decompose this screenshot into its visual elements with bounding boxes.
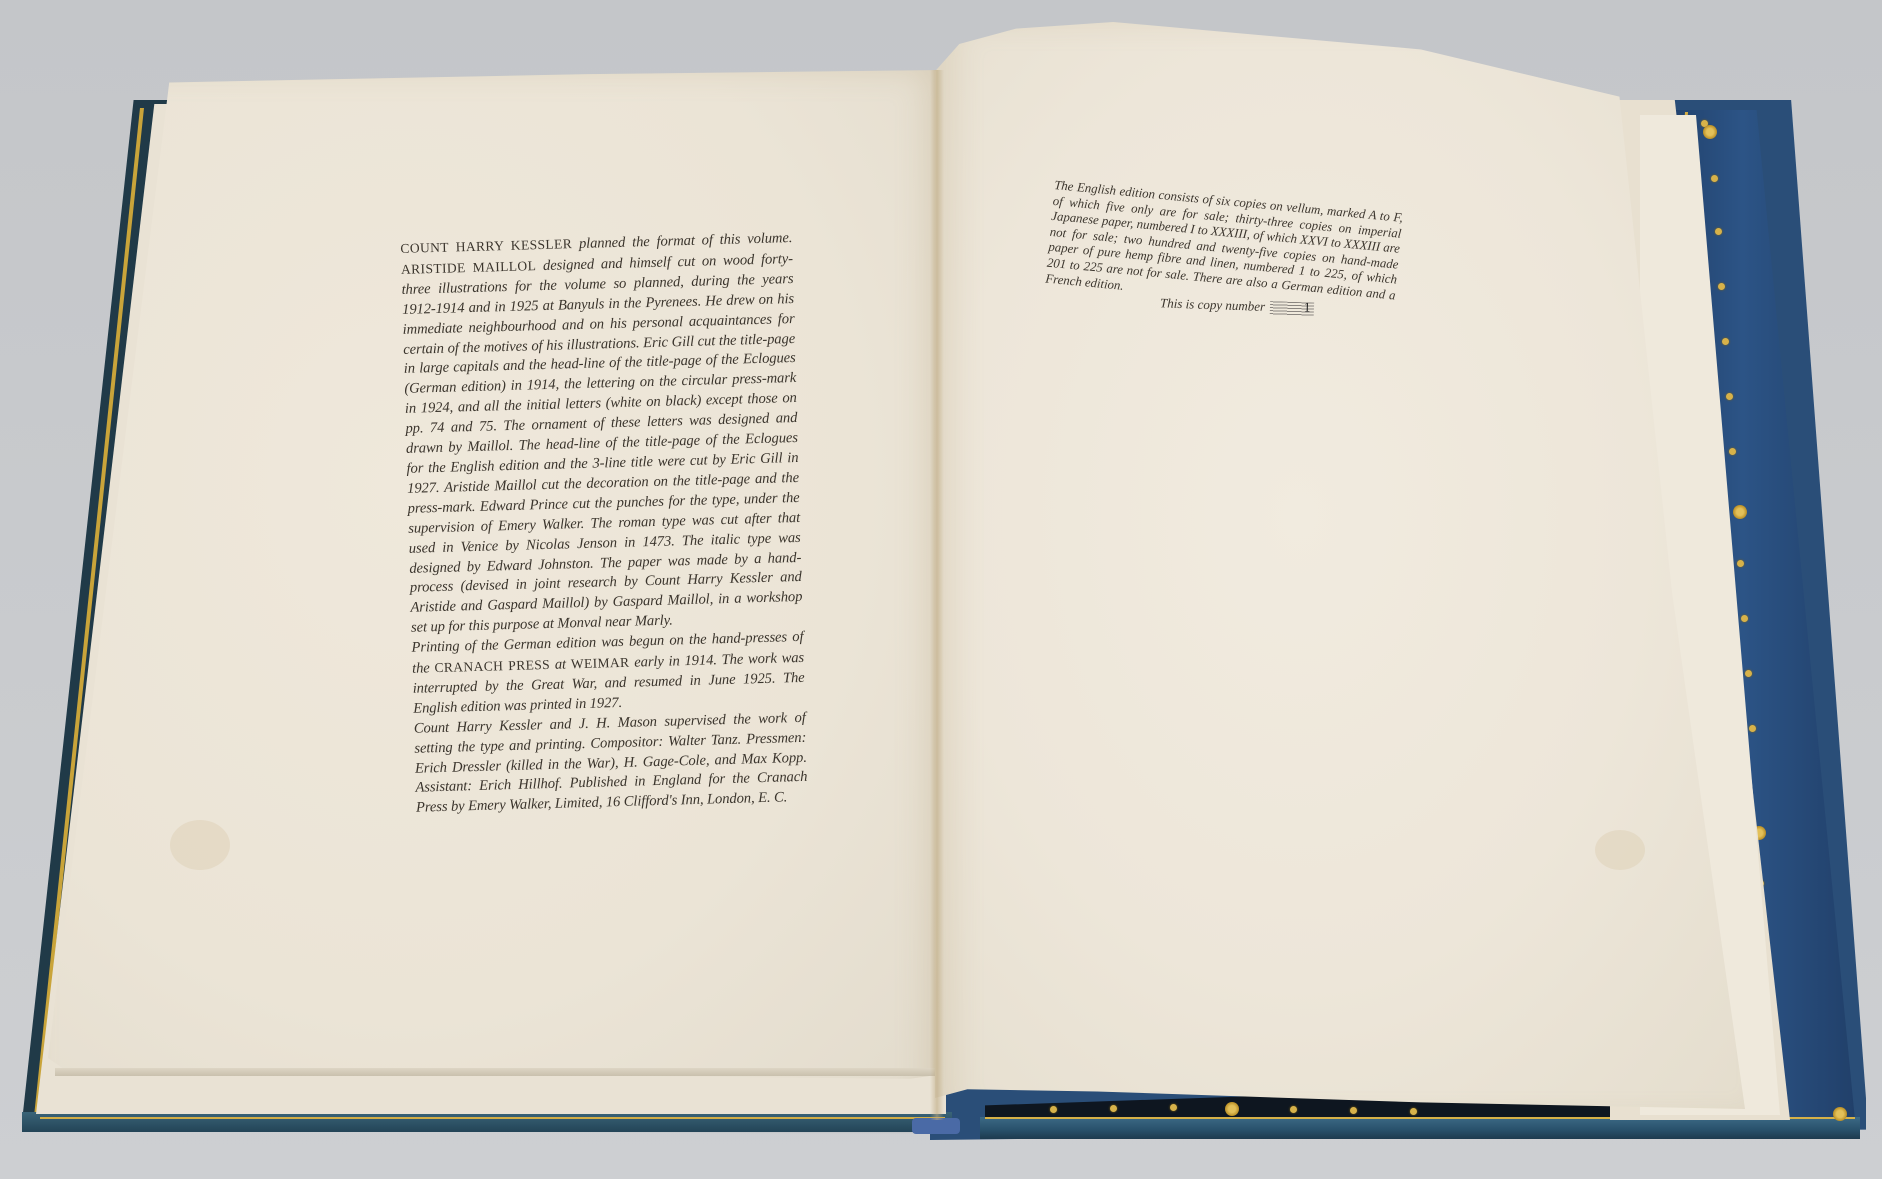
gilt-fillet-bottom-left: [40, 1117, 945, 1119]
gilt-dot-icon: [1749, 725, 1756, 732]
gilt-dot-icon: [1726, 393, 1733, 400]
gilt-dot-icon: [1290, 1106, 1297, 1113]
colophon-paragraph-2: Printing of the German edition was begun…: [411, 628, 805, 720]
foxing-spot: [170, 820, 230, 870]
caps-name: CRANACH PRESS: [434, 657, 550, 675]
spine-headband: [912, 1118, 960, 1134]
gilt-dot-icon: [1737, 560, 1744, 567]
gilt-dot-icon: [1745, 670, 1752, 677]
copy-number-value: 1: [1304, 299, 1311, 315]
gilt-dot-icon: [1711, 175, 1718, 182]
text-segment: at: [550, 656, 571, 673]
caps-name: COUNT HARRY KESSLER: [400, 236, 572, 256]
book-bottom-edge-right: [980, 1117, 1860, 1139]
left-page-deckle-edge: [55, 1068, 945, 1076]
gilt-dot-icon: [1722, 338, 1729, 345]
copy-number-field: 1: [1270, 301, 1314, 317]
text-segment: Count Harry Kessler and J. H. Mason supe…: [414, 710, 808, 817]
text-segment: designed and himself cut on wood forty-t…: [401, 251, 802, 636]
copy-number-label: This is copy number: [1160, 295, 1266, 314]
gilt-dot-icon: [1170, 1104, 1177, 1111]
gilt-flower-icon: [1225, 1102, 1239, 1116]
gilt-dot-icon: [1718, 283, 1725, 290]
text-segment: planned the format of this volume.: [572, 230, 793, 252]
colophon-paragraph-1: COUNT HARRY KESSLER planned the format o…: [400, 228, 803, 639]
book-bottom-edge-left: [22, 1112, 952, 1132]
gilt-dot-icon: [1410, 1108, 1417, 1115]
caps-name: WEIMAR: [571, 655, 630, 672]
gilt-dot-icon: [1050, 1106, 1057, 1113]
gilt-dot-icon: [1350, 1107, 1357, 1114]
gilt-flower-icon: [1833, 1107, 1847, 1121]
gilt-flower-icon: [1703, 125, 1717, 139]
gilt-flower-icon: [1733, 505, 1747, 519]
colophon-text: COUNT HARRY KESSLER planned the format o…: [400, 228, 808, 819]
caps-name: ARISTIDE MAILLOL: [401, 258, 537, 277]
gilt-dot-icon: [1729, 448, 1736, 455]
gilt-dot-icon: [1110, 1105, 1117, 1112]
gilt-dot-icon: [1715, 228, 1722, 235]
colophon-paragraph-3: Count Harry Kessler and J. H. Mason supe…: [414, 709, 809, 819]
foxing-spot: [1595, 830, 1645, 870]
gilt-dot-icon: [1741, 615, 1748, 622]
book-gutter: [930, 70, 944, 1120]
